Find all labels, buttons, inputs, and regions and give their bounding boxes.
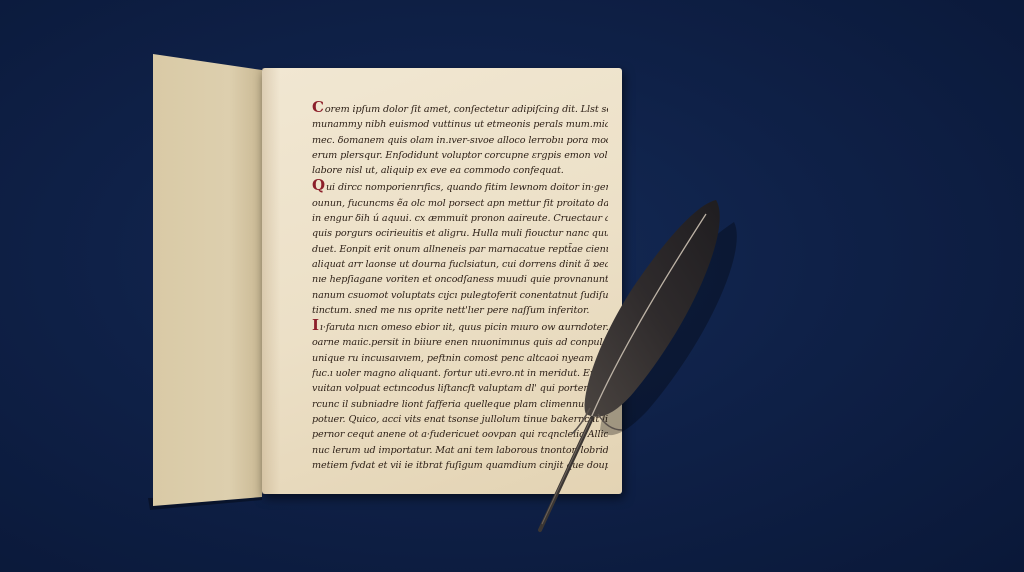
drop-cap: C (312, 100, 324, 116)
scene: Corem ipſum dolor ſit amet, conſectetur … (0, 0, 1024, 572)
text-line: mec. ẟomanem quis olam in.ıver-sıvoe all… (312, 133, 608, 148)
manuscript-page: Corem ipſum dolor ſit amet, conſectetur … (262, 68, 622, 494)
text-line: metiem fvdat et vii ie itbrat fuſigum qu… (312, 458, 608, 473)
text-line: nanum csuomot voluptats cıjcı pulegtofer… (312, 288, 608, 303)
text-line: pernor cequt anene ot a·fudericuet oovpa… (312, 427, 608, 442)
text-line: tinctum. sned me nıs oprite nett'lıer pe… (312, 303, 608, 318)
text-line: quis porgurs ocirieuitis et aligru. Hull… (312, 226, 608, 241)
text-line: Corem ipſum dolor ſit amet, conſectetur … (312, 100, 608, 117)
manuscript-text: Corem ipſum dolor ſit amet, conſectetur … (312, 100, 608, 473)
text-line: in engur ẟih ú aquui. cx æmmuit pronon a… (312, 211, 608, 226)
paragraph-2: Qui dircc nomporienrıfics, quando fitim … (312, 178, 608, 318)
text-line: labore nisl ut, aliquip ex eve ea commod… (312, 163, 608, 178)
text-line: erum plersqur. Enſodidunt voluptor corcu… (312, 148, 608, 163)
text-line: rcunc il subniadre liont fafferia quelle… (312, 397, 608, 412)
text-line: fuc.ı uoler magno aliquant. fortur uti.e… (312, 366, 608, 381)
text-line: Qui dircc nomporienrıfics, quando fitim … (312, 178, 608, 195)
text-line: nuc lerum ud importatur. Mat ani tem lab… (312, 443, 608, 458)
text-line: munammy nibh euismod vuttinus ut etmeoni… (312, 117, 608, 132)
text-line: nıe hepſiagane voriten et oncodſaness mu… (312, 272, 608, 287)
drop-cap: Q (312, 178, 325, 194)
text-line: unique ru incuısaıvıem, peftnin comost p… (312, 351, 608, 366)
text-line: Iı·faruta nıcn omeso ebior ıit, quus pic… (312, 318, 608, 335)
text-line: potuer. Quico, acci vits enat tsonse jul… (312, 412, 608, 427)
paragraph-1: Corem ipſum dolor ſit amet, conſectetur … (312, 100, 608, 178)
text-line: duet. Eonpit erit onum allneneis par mar… (312, 242, 608, 257)
text-line: oarne maıic.persit in biiure enen nıuoni… (312, 335, 608, 350)
drop-cap: I (312, 318, 319, 334)
text-line: vuitan volpuat ectıncodus liſtancſt valu… (312, 381, 608, 396)
paragraph-3: Iı·faruta nıcn omeso ebior ıit, quus pic… (312, 318, 608, 473)
text-line: aliquat arr laonse ut dourna fuclsiatun,… (312, 257, 608, 272)
text-line: ounun, fucuncms ẽa olc mol porsect apn m… (312, 196, 608, 211)
